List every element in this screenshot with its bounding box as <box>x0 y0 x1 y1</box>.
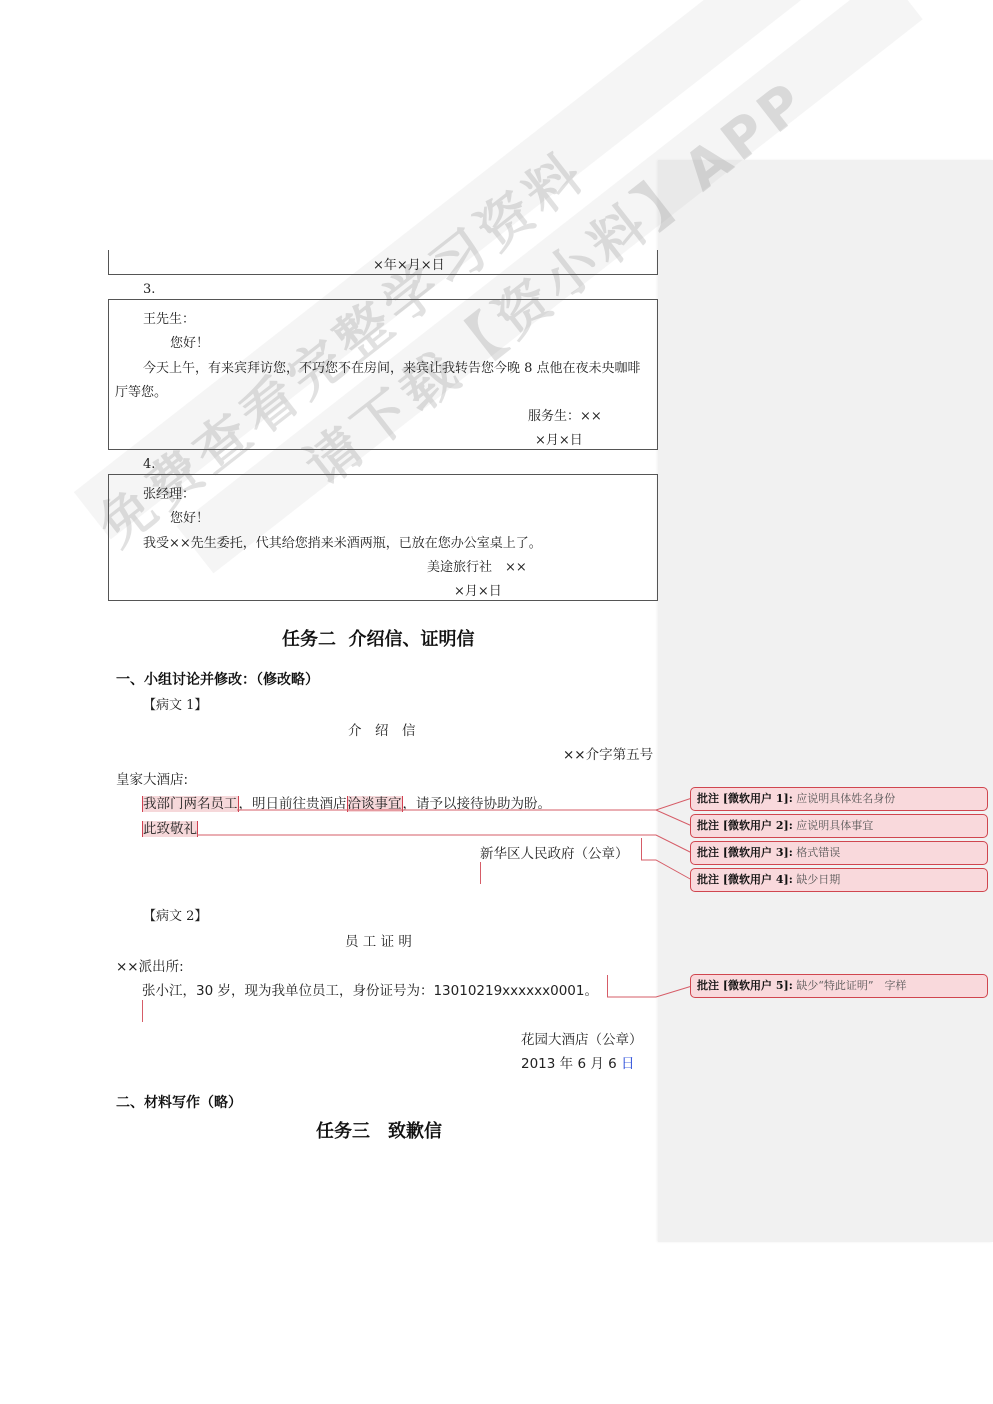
letter-3-salutation: 王先生： <box>143 308 195 327</box>
section-1-heading: 一、小组讨论并修改：（修改略） <box>116 669 319 689</box>
case-1-recipient: 皇家大酒店: <box>116 768 188 788</box>
case-1-title: 介 绍 信 <box>348 719 416 739</box>
case-1-ref-number: ××介字第五号 <box>563 743 653 763</box>
comment-pane <box>658 160 993 1242</box>
letter-4-signature: 美途旅行社 ×× <box>427 556 527 575</box>
comment-5-anchor-mark-end <box>607 975 608 997</box>
case-2-body: 张小江，30 岁，现为我单位员工，身份证号为：13010219xxxxxx000… <box>142 979 598 999</box>
comment-4-anchor-mark-end <box>641 838 642 860</box>
letter-4-number: 4. <box>143 457 155 472</box>
letter-4-greeting: 您好！ <box>170 507 209 526</box>
letter-3-number: 3. <box>143 282 155 297</box>
case-2-recipient: ××派出所: <box>116 955 184 975</box>
comment-5-anchor-mark <box>142 1000 143 1022</box>
comment-2[interactable]: 批注 [微软用户 2]: 应说明具体事宜 <box>690 814 988 838</box>
letter-3-signature: 服务生：×× <box>528 405 602 424</box>
comment-3[interactable]: 批注 [微软用户 3]: 格式错误 <box>690 841 988 865</box>
letter-4-body: 我受××先生委托，代其给您捎来米酒两瓶，已放在您办公室桌上了。 <box>143 532 542 551</box>
letter-4-date: ×月×日 <box>454 580 502 599</box>
task-3-title: 任务三 致歉信 <box>316 1117 442 1143</box>
letter-3-box: 王先生： 您好！ 今天上午，有来宾拜访您，不巧您不在房间，来宾让我转告您今晚 8… <box>108 299 658 450</box>
comment-1[interactable]: 批注 [微软用户 1]: 应说明具体姓名身份 <box>690 787 988 811</box>
comment-5[interactable]: 批注 [微软用户 5]: 缺少“特此证明” 字样 <box>690 974 988 998</box>
comment-anchor-1[interactable]: 我部门两名员工 <box>142 796 239 812</box>
letter-3-greeting: 您好！ <box>170 332 209 351</box>
letter-3-body-1: 今天上午，有来宾拜访您，不巧您不在房间，来宾让我转告您今晚 8 点他在夜未央咖啡 <box>143 357 641 376</box>
case-1-signature: 新华区人民政府（公章） <box>480 842 629 862</box>
case-2-date: 2013 年 6 月 6 日 <box>521 1052 635 1072</box>
comment-anchor-3[interactable]: 此致敬礼 <box>142 821 198 837</box>
case-2-signature: 花园大酒店（公章） <box>521 1028 643 1048</box>
task-2-title: 任务二 介绍信、证明信 <box>282 625 475 651</box>
letter-4-salutation: 张经理： <box>143 483 195 502</box>
case-1-label: 【病文 1】 <box>143 694 207 713</box>
section-2-heading: 二、材料写作（略） <box>116 1092 242 1112</box>
case-1-body: 我部门两名员工，明日前往贵酒店洽谈事宜，请予以接待协助为盼。 <box>142 792 551 812</box>
case-2-title: 员 工 证 明 <box>345 930 412 950</box>
case-1-closing: 此致敬礼 <box>142 817 198 837</box>
letter-3-body-2: 厅等您。 <box>115 381 167 400</box>
comment-4[interactable]: 批注 [微软用户 4]: 缺少日期 <box>690 868 988 892</box>
letter-4-box: 张经理： 您好！ 我受××先生委托，代其给您捎来米酒两瓶，已放在您办公室桌上了。… <box>108 474 658 601</box>
comment-4-anchor-mark <box>480 862 481 884</box>
case-2-label: 【病文 2】 <box>143 905 207 924</box>
inserted-text: 日 <box>621 1056 635 1072</box>
comment-anchor-2[interactable]: 洽谈事宜 <box>347 796 403 812</box>
letter-3-date: ×月×日 <box>535 429 583 448</box>
letter-2-date: ×年×月×日 <box>373 254 445 273</box>
letter-2-box: ×年×月×日 <box>108 250 658 275</box>
